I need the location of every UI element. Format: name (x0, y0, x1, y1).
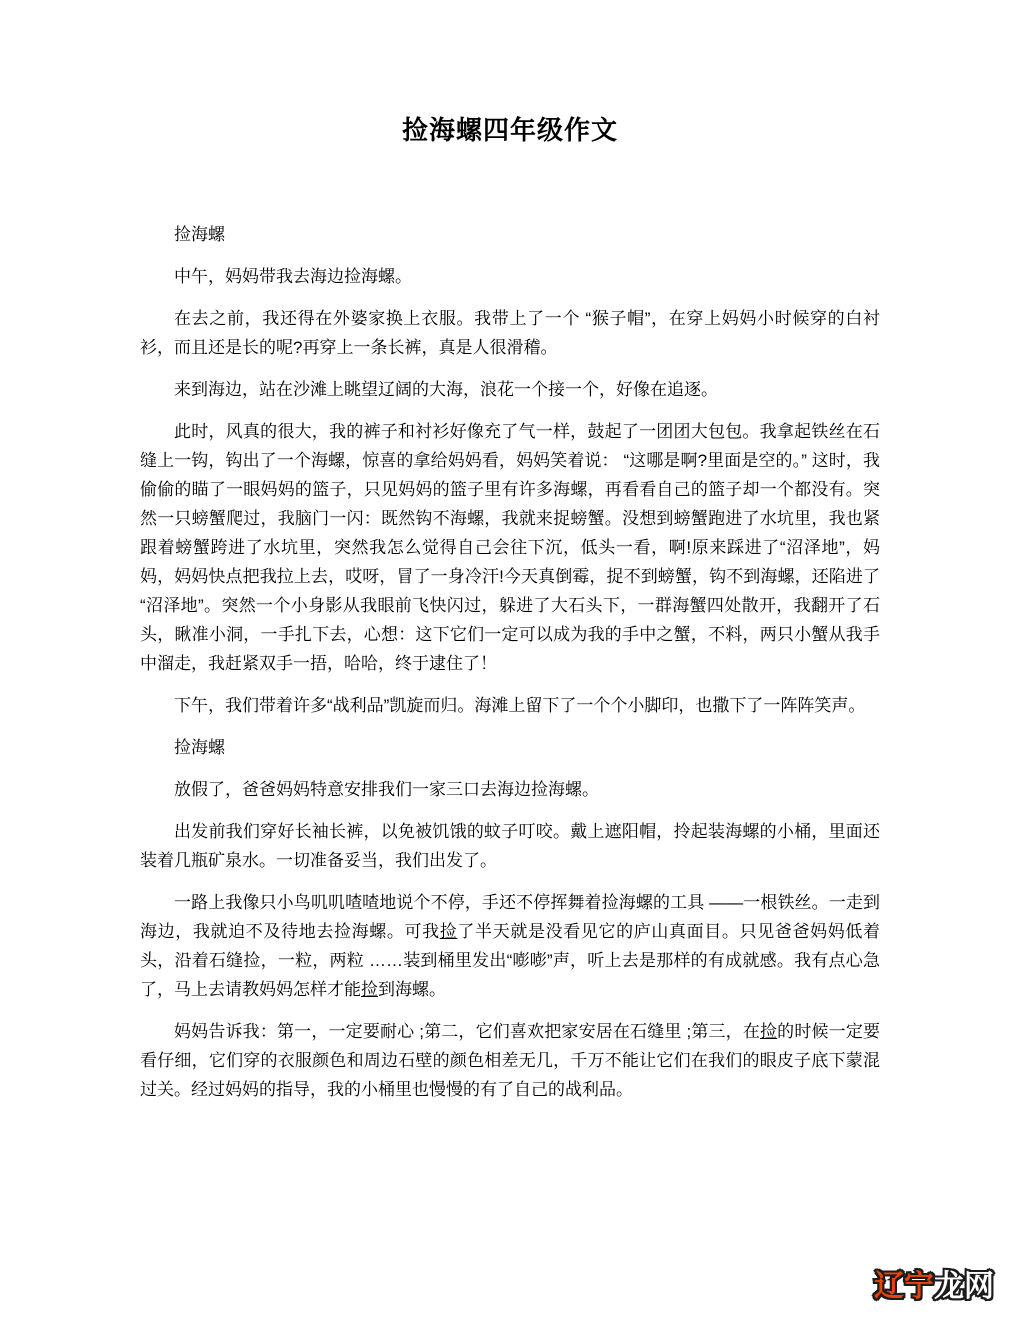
paragraph: 在去之前，我还得在外婆家换上衣服。我带上了一个 “猴子帽”，在穿上妈妈小时候穿的… (140, 304, 880, 362)
text-segment: 来到海边，站在沙滩上眺望辽阔的大海，浪花一个接一个，好像在追逐。 (174, 380, 718, 399)
text-segment: 中午，妈妈带我去海边捡海螺。 (174, 267, 412, 286)
page-title: 捡海螺四年级作文 (0, 0, 1020, 148)
paragraph: 妈妈告诉我：第一，一定要耐心 ;第二，它们喜欢把家安居在石缝里 ;第三，在捡的时… (140, 1017, 880, 1104)
text-segment: 妈妈告诉我：第一，一定要耐心 ;第二，它们喜欢把家安居在石缝里 ;第三，在 (174, 1022, 760, 1041)
paragraph: 捡海螺 (140, 733, 880, 762)
keyword-link[interactable]: 捡 (760, 1022, 777, 1041)
text-segment: 出发前我们穿好长袖长裤，以免被饥饿的蚊子叮咬。戴上遮阳帽，拎起装海螺的小桶，里面… (140, 822, 880, 870)
paragraph: 放假了，爸爸妈妈特意安排我们一家三口去海边捡海螺。 (140, 775, 880, 804)
paragraph: 出发前我们穿好长袖长裤，以免被饥饿的蚊子叮咬。戴上遮阳帽，拎起装海螺的小桶，里面… (140, 817, 880, 875)
text-segment: 捡海螺 (174, 225, 225, 244)
paragraph: 一路上我像只小鸟叽叽喳喳地说个不停，手还不停挥舞着捡海螺的工具 ——一根铁丝。一… (140, 888, 880, 1004)
paragraph: 来到海边，站在沙滩上眺望辽阔的大海，浪花一个接一个，好像在追逐。 (140, 375, 880, 404)
site-logo-part1: 辽宁 (874, 1270, 934, 1303)
document-body: 捡海螺中午，妈妈带我去海边捡海螺。在去之前，我还得在外婆家换上衣服。我带上了一个… (140, 220, 880, 1104)
keyword-link[interactable]: 捡 (361, 980, 378, 999)
text-segment: 捡海螺 (174, 738, 225, 757)
text-segment: 放假了，爸爸妈妈特意安排我们一家三口去海边捡海螺。 (174, 780, 599, 799)
text-segment: 到海螺。 (378, 980, 446, 999)
site-logo-part2: 龙网 (934, 1270, 994, 1303)
paragraph: 捡海螺 (140, 220, 880, 249)
paragraph: 下午，我们带着许多“战利品”凯旋而归。海滩上留下了一个个小脚印，也撒下了一阵阵笑… (140, 691, 880, 720)
paragraph: 此时，风真的很大，我的裤子和衬衫好像充了气一样，鼓起了一团团大包包。我拿起铁丝在… (140, 417, 880, 678)
text-segment: 下午，我们带着许多“战利品”凯旋而归。海滩上留下了一个个小脚印，也撒下了一阵阵笑… (174, 696, 865, 715)
text-segment: 此时，风真的很大，我的裤子和衬衫好像充了气一样，鼓起了一团团大包包。我拿起铁丝在… (140, 422, 880, 673)
site-logo[interactable]: 辽宁龙网 (874, 1270, 994, 1304)
document-page: 捡海螺四年级作文 捡海螺中午，妈妈带我去海边捡海螺。在去之前，我还得在外婆家换上… (0, 0, 1020, 1320)
text-segment: 在去之前，我还得在外婆家换上衣服。我带上了一个 “猴子帽”，在穿上妈妈小时候穿的… (140, 309, 880, 357)
paragraph: 中午，妈妈带我去海边捡海螺。 (140, 262, 880, 291)
keyword-link[interactable]: 捡 (440, 922, 458, 941)
